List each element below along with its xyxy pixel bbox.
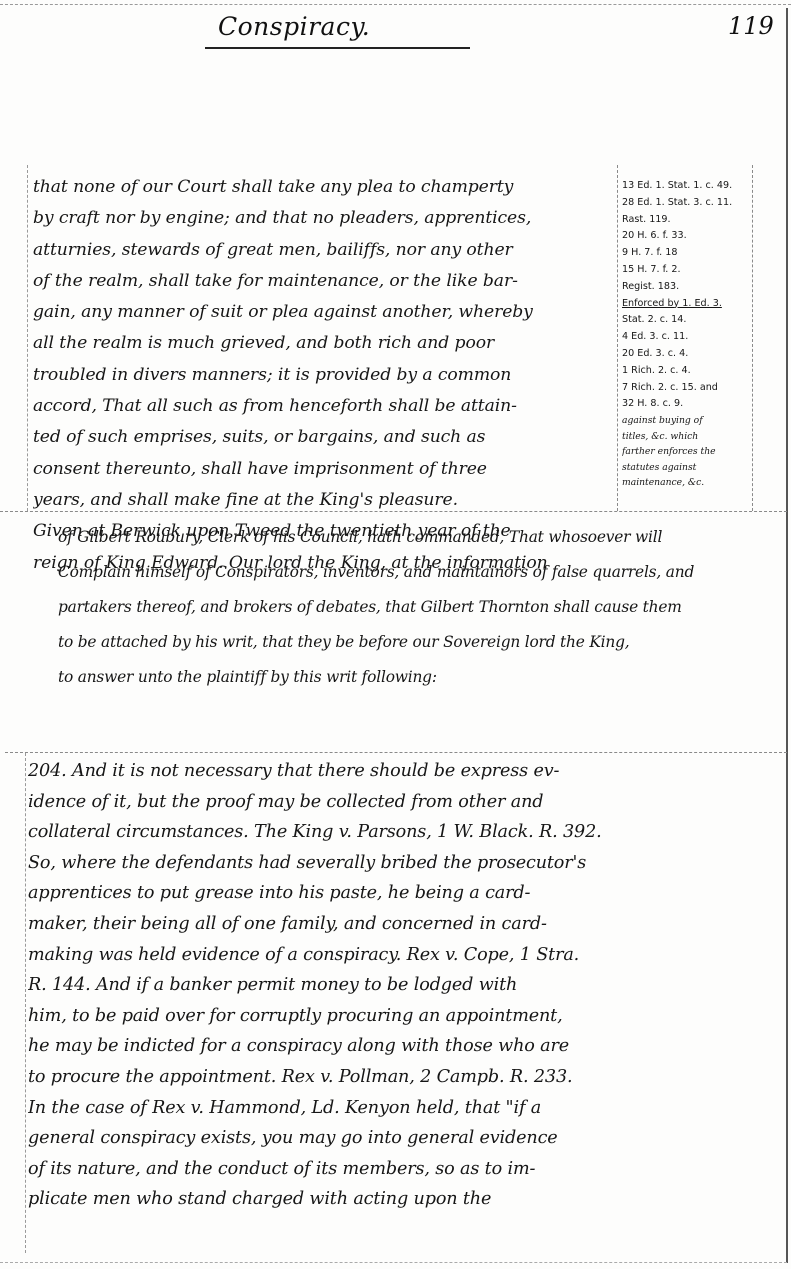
title-underline (205, 47, 470, 49)
text-line: that none of our Court shall take any pl… (33, 172, 615, 203)
margin-note: 4 Ed. 3. c. 11. (622, 329, 752, 346)
text-line: So, where the defendants had severally b… (28, 848, 768, 879)
margin-note: Rast. 119. (622, 212, 752, 229)
text-line: making was held evidence of a conspiracy… (28, 940, 768, 971)
top-border (0, 4, 791, 5)
text-line: accord, That all such as from henceforth… (33, 391, 615, 422)
text-line: him, to be paid over for corruptly procu… (28, 1001, 768, 1032)
text-line: plicate men who stand charged with actin… (28, 1184, 768, 1215)
text-line: apprentices to put grease into his paste… (28, 878, 768, 909)
manuscript-page: Conspiracy. 119 that none of our Court s… (0, 0, 791, 1269)
margin-note: titles, &c. which (622, 429, 752, 445)
margin-note: Stat. 2. c. 14. (622, 312, 752, 329)
text-line: to answer unto the plaintiff by this wri… (58, 660, 758, 695)
paragraph-204-text: 204. And it is not necessary that there … (28, 756, 768, 1215)
margin-note: 1 Rich. 2. c. 4. (622, 363, 752, 380)
text-line: R. 144. And if a banker permit money to … (28, 970, 768, 1001)
margin-note: farther enforces the (622, 444, 752, 460)
margin-note: maintenance, &c. (622, 475, 752, 491)
text-line: 204. And it is not necessary that there … (28, 756, 768, 787)
statute-text: that none of our Court shall take any pl… (33, 172, 615, 579)
margin-note: 13 Ed. 1. Stat. 1. c. 49. (622, 178, 752, 195)
text-line: to be attached by his writ, that they be… (58, 625, 758, 660)
text-line: collateral circumstances. The King v. Pa… (28, 817, 768, 848)
text-line: atturnies, stewards of great men, bailif… (33, 235, 615, 266)
text-line: maker, their being all of one family, an… (28, 909, 768, 940)
text-line: ted of such emprises, suits, or bargains… (33, 422, 615, 453)
margin-note: 20 H. 6. f. 33. (622, 228, 752, 245)
text-line: he may be indicted for a conspiracy alon… (28, 1031, 768, 1062)
margin-note: 15 H. 7. f. 2. (622, 262, 752, 279)
margin-note-text: Enforced by 1. Ed. 3. (622, 298, 722, 309)
margin-note: 28 Ed. 1. Stat. 3. c. 11. (622, 195, 752, 212)
margin-notes: 13 Ed. 1. Stat. 1. c. 49. 28 Ed. 1. Stat… (622, 178, 752, 491)
margin-note: statutes against (622, 460, 752, 476)
text-line: of the realm, shall take for maintenance… (33, 266, 615, 297)
command-text: of Gilbert Roubury, Clerk of his Council… (58, 520, 758, 695)
text-line: consent thereunto, shall have imprisonme… (33, 454, 615, 485)
margin-note: 20 Ed. 3. c. 4. (622, 346, 752, 363)
text-line: general conspiracy exists, you may go in… (28, 1123, 768, 1154)
text-line: all the realm is much grieved, and both … (33, 328, 615, 359)
text-line: Complain himself of Conspirators, invent… (58, 555, 758, 590)
page-number: 119 (728, 12, 774, 40)
margin-note: 9 H. 7. f. 18 (622, 245, 752, 262)
margin-note: 7 Rich. 2. c. 15. and (622, 380, 752, 397)
text-line: of Gilbert Roubury, Clerk of his Council… (58, 520, 758, 555)
text-line: troubled in divers manners; it is provid… (33, 360, 615, 391)
margin-note: 32 H. 8. c. 9. (622, 396, 752, 413)
text-line: In the case of Rex v. Hammond, Ld. Kenyo… (28, 1093, 768, 1124)
margin-note: Enforced by 1. Ed. 3. (622, 296, 752, 313)
page-title: Conspiracy. (218, 12, 370, 41)
margin-note: against buying of (622, 413, 752, 429)
text-line: to procure the appointment. Rex v. Pollm… (28, 1062, 768, 1093)
section-divider (0, 511, 787, 512)
text-line: idence of it, but the proof may be colle… (28, 787, 768, 818)
text-line: of its nature, and the conduct of its me… (28, 1154, 768, 1185)
margin-note: Regist. 183. (622, 279, 752, 296)
text-line: by craft nor by engine; and that no plea… (33, 203, 615, 234)
bottom-border (0, 1262, 787, 1263)
text-line: gain, any manner of suit or plea against… (33, 297, 615, 328)
text-line: partakers thereof, and brokers of debate… (58, 590, 758, 625)
